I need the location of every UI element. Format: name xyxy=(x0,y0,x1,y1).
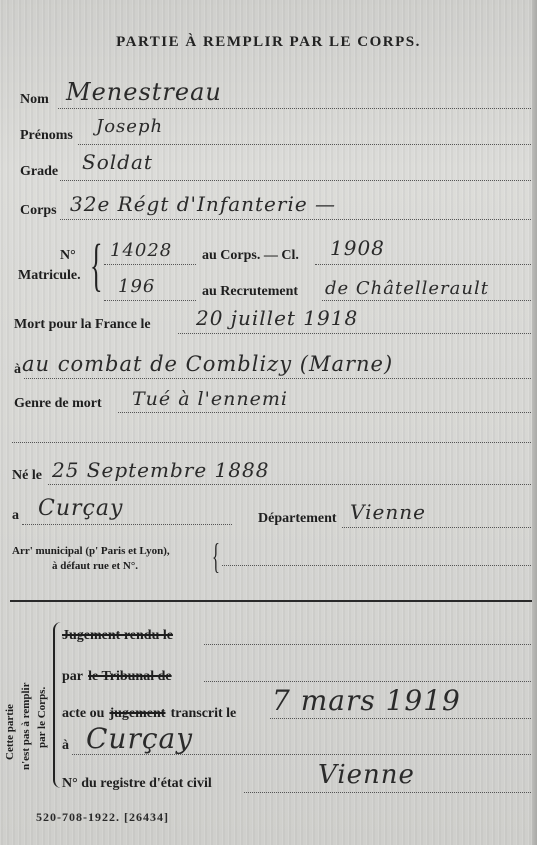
acte-value: 7 mars 1919 xyxy=(272,684,461,717)
side-note: Cette partie n'est pas à remplir par le … xyxy=(0,630,52,770)
departement-line xyxy=(342,527,533,528)
print-reference: 520-708-1922. [26434] xyxy=(36,810,169,825)
arr-municipal-label-2: à défaut rue et N°. xyxy=(52,560,138,572)
grade-line xyxy=(60,180,533,181)
registre-label: N° du registre d'état civil xyxy=(62,776,212,792)
side-note-line-2: n'est pas à remplir xyxy=(20,683,32,771)
page-edge xyxy=(532,0,537,845)
lieu-mort-label: à xyxy=(14,362,21,378)
nom-line xyxy=(58,108,533,109)
matricule-no-label: N° xyxy=(60,248,76,264)
grade-label: Grade xyxy=(20,164,58,180)
acte-label: acte ou jugement transcrit le xyxy=(62,702,236,722)
tribunal-label: par le Tribunal de xyxy=(62,665,172,685)
mort-line xyxy=(178,333,533,334)
corps-line xyxy=(60,219,533,220)
genre-mort-line xyxy=(118,412,533,413)
registre-value: Vienne xyxy=(318,760,415,790)
departement-value: Vienne xyxy=(350,500,426,524)
corps-label: Corps xyxy=(20,203,57,219)
lieu-naissance-value: Curçay xyxy=(38,496,123,521)
acte-prefix: acte ou xyxy=(62,706,104,721)
side-note-line-1: Cette partie xyxy=(4,704,16,760)
lieu-mort-value: au combat de Comblizy (Marne) xyxy=(22,352,393,376)
tribunal-prefix: par xyxy=(62,669,83,684)
side-note-line-3: par le Corps. xyxy=(36,687,48,748)
prenoms-value: Joseph xyxy=(96,116,163,137)
matricule-corps-line xyxy=(104,264,196,265)
mort-value: 20 juillet 1918 xyxy=(196,306,358,330)
document-page: PARTIE À REMPLIR PAR LE CORPS. Nom Menes… xyxy=(0,0,537,845)
form-title: PARTIE À REMPLIR PAR LE CORPS. xyxy=(0,34,537,51)
lieu-naissance-label: a xyxy=(12,508,19,524)
recrutement-place-line xyxy=(322,300,533,301)
nom-value: Menestreau xyxy=(66,78,222,106)
acte-suffix: transcrit le xyxy=(171,706,237,721)
jugement-line xyxy=(204,644,533,645)
matricule-brace: { xyxy=(90,236,103,294)
blank-line xyxy=(12,442,533,443)
au-recrutement-label: au Recrutement xyxy=(202,284,298,300)
matricule-label: Matricule. xyxy=(18,268,81,284)
mort-label: Mort pour la France le xyxy=(14,317,151,333)
registre-line xyxy=(244,792,533,793)
prenoms-line xyxy=(78,144,533,145)
jugement-label: Jugement rendu le xyxy=(62,628,173,644)
nom-label: Nom xyxy=(20,92,49,108)
prenoms-label: Prénoms xyxy=(20,128,73,144)
tribunal-line xyxy=(204,681,533,682)
genre-mort-value: Tué à l'ennemi xyxy=(132,388,288,410)
a-value: Curçay xyxy=(86,722,193,755)
section-divider xyxy=(10,600,532,602)
classe-line xyxy=(315,264,533,265)
grade-value: Soldat xyxy=(82,150,153,174)
arr-brace: { xyxy=(212,538,220,574)
lieu-naissance-line xyxy=(22,524,232,525)
matricule-recrutement-value: 196 xyxy=(118,276,155,297)
naissance-value: 25 Septembre 1888 xyxy=(52,458,269,482)
lieu-mort-line xyxy=(24,378,533,379)
a-label: à xyxy=(62,738,69,754)
genre-mort-label: Genre de mort xyxy=(14,396,102,412)
corps-value: 32e Régt d'Infanterie — xyxy=(70,192,336,216)
matricule-corps-value: 14028 xyxy=(110,240,172,261)
matricule-recrutement-line xyxy=(104,300,196,301)
departement-label: Département xyxy=(258,511,337,527)
naissance-line xyxy=(48,484,533,485)
naissance-label: Né le xyxy=(12,468,42,484)
recrutement-place-value: de Châtellerault xyxy=(325,278,489,299)
au-corps-label: au Corps. — Cl. xyxy=(202,248,299,264)
classe-value: 1908 xyxy=(330,236,385,260)
tribunal-struck: le Tribunal de xyxy=(88,669,172,684)
arr-municipal-label-1: Arr' municipal (p' Paris et Lyon), xyxy=(12,545,170,557)
acte-line xyxy=(270,718,533,719)
acte-struck: jugement xyxy=(109,706,165,721)
arr-municipal-line xyxy=(222,565,533,566)
